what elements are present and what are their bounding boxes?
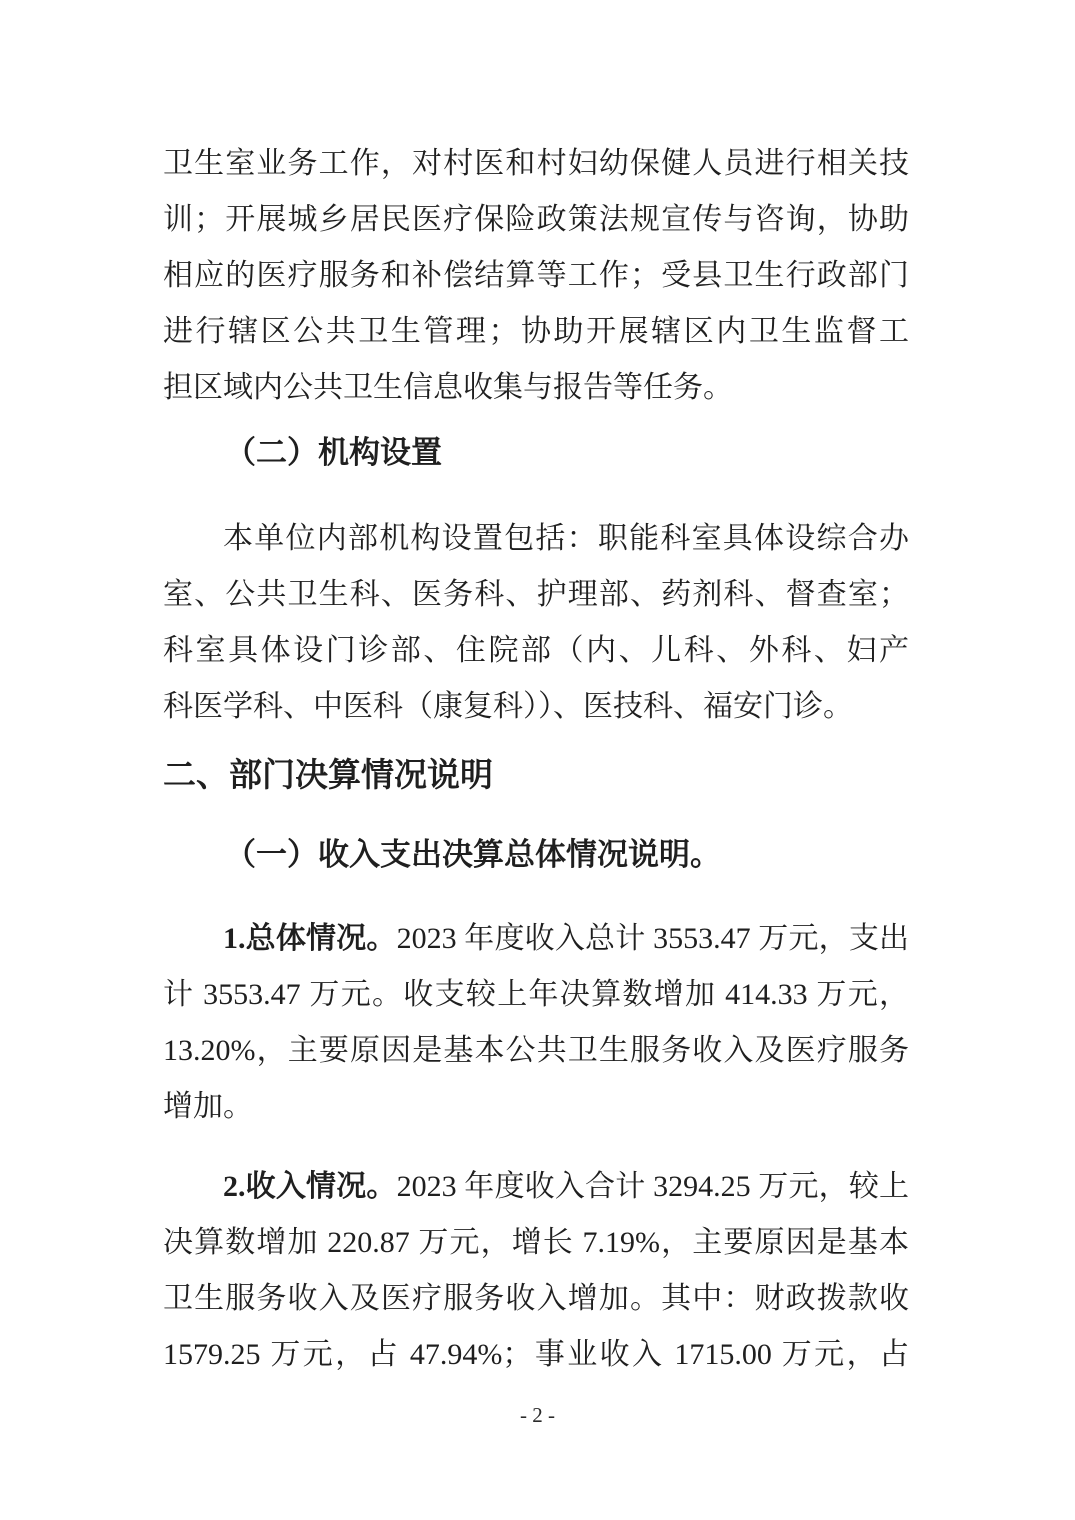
heading-org-setup: （二）机构设置 bbox=[163, 425, 909, 481]
text-line: 担区域内公共卫生信息收集与报告等任务。 bbox=[163, 360, 909, 416]
paragraph-lead: 2.收入情况。 bbox=[223, 1170, 397, 1203]
paragraph-org: 本单位内部机构设置包括：职能科室具体设综合办公 室、公共卫生科、医务科、护理部、… bbox=[163, 511, 909, 735]
text-line: 决算数增加 220.87 万元，增长 7.19%，主要原因是基本公共 bbox=[163, 1215, 909, 1271]
document-page: 卫生室业务工作，对村医和村妇幼保健人员进行相关技能培 训；开展城乡居民医疗保险政… bbox=[0, 0, 1075, 1520]
paragraph-income: 2.收入情况。2023 年度收入合计 3294.25 万元，较上年 决算数增加 … bbox=[163, 1159, 909, 1383]
text-line: 卫生服务收入及医疗服务收入增加。其中：财政拨款收入 bbox=[163, 1271, 909, 1327]
heading-text: （一）收入支出决算总体情况说明。 bbox=[163, 827, 909, 883]
text-line: 增加。 bbox=[163, 1079, 909, 1135]
text-line: 13.20%，主要原因是基本公共卫生服务收入及医疗服务收支 bbox=[163, 1023, 909, 1079]
text-line: 计 3553.47 万元。收支较上年决算数增加 414.33 万元，增长 bbox=[163, 967, 909, 1023]
text-line: 室、公共卫生科、医务科、护理部、药剂科、督查室；业务 bbox=[163, 567, 909, 623]
heading-section-two: 二、部门决算情况说明 bbox=[163, 747, 909, 803]
heading-sub-one: （一）收入支出决算总体情况说明。 bbox=[163, 827, 909, 883]
text-line: 科医学科、中医科（康复科））、医技科、福安门诊。 bbox=[163, 679, 909, 735]
heading-text: （二）机构设置 bbox=[163, 425, 909, 481]
paragraph-overall: 1.总体情况。2023 年度收入总计 3553.47 万元，支出总 计 3553… bbox=[163, 911, 909, 1135]
text-line: 2.收入情况。2023 年度收入合计 3294.25 万元，较上年 bbox=[163, 1159, 909, 1215]
page-number: - 2 - bbox=[0, 1402, 1075, 1428]
text-line: 本单位内部机构设置包括：职能科室具体设综合办公 bbox=[163, 511, 909, 567]
paragraph-continuation: 卫生室业务工作，对村医和村妇幼保健人员进行相关技能培 训；开展城乡居民医疗保险政… bbox=[163, 136, 909, 416]
text-line: 科室具体设门诊部、住院部（内、儿科、外科、妇产科、全 bbox=[163, 623, 909, 679]
text-line: 进行辖区公共卫生管理；协助开展辖区内卫生监督工作，承 bbox=[163, 304, 909, 360]
heading-text: 二、部门决算情况说明 bbox=[163, 747, 909, 803]
text-line: 相应的医疗服务和补偿结算等工作；受县卫生行政部门委托 bbox=[163, 248, 909, 304]
text-line: 1579.25 万元，占 47.94%；事业收入 1715.00 万元，占 52… bbox=[163, 1327, 909, 1383]
paragraph-lead: 1.总体情况。 bbox=[223, 922, 397, 955]
text-line: 卫生室业务工作，对村医和村妇幼保健人员进行相关技能培 bbox=[163, 136, 909, 192]
text-line: 训；开展城乡居民医疗保险政策法规宣传与咨询，协助做好 bbox=[163, 192, 909, 248]
text-line: 1.总体情况。2023 年度收入总计 3553.47 万元，支出总 bbox=[163, 911, 909, 967]
